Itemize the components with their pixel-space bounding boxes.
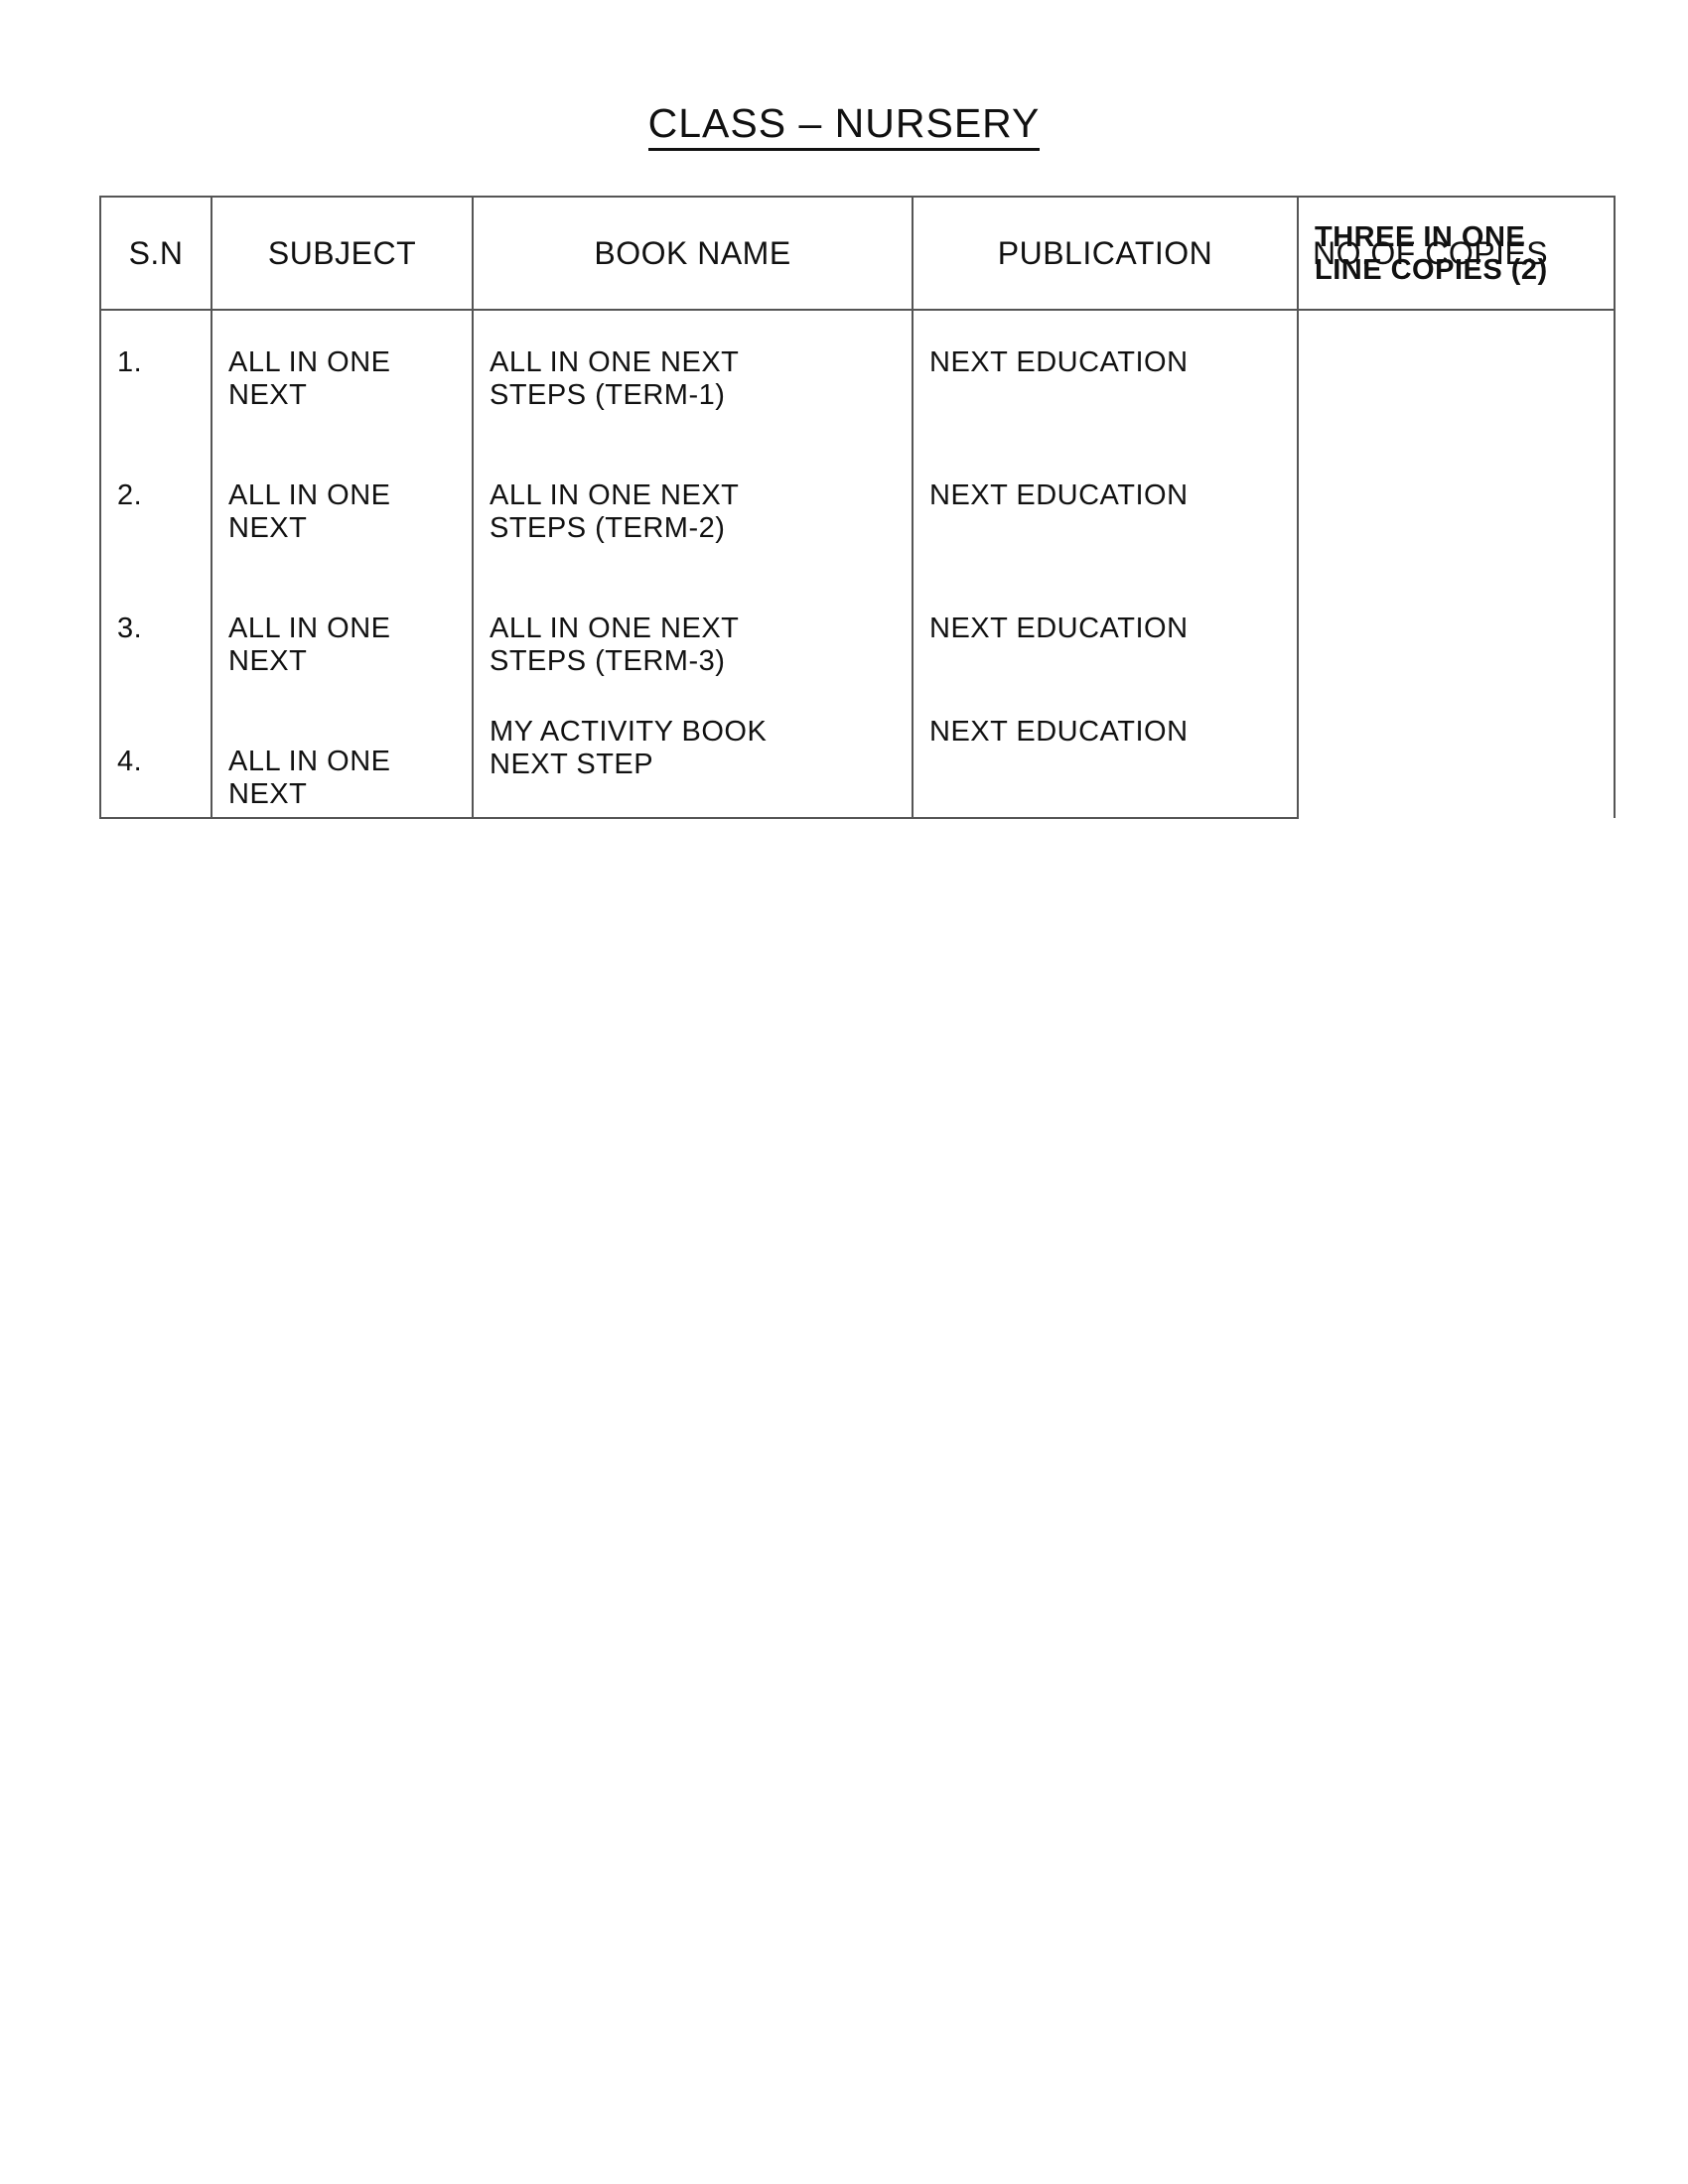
- row-book-name: ALL IN ONE NEXTSTEPS (TERM-1): [490, 311, 912, 444]
- row-sn: 2.: [117, 444, 211, 577]
- table-row: 1. ALL IN ONENEXT ALL IN ONE NEXTSTEPS (…: [100, 310, 1615, 444]
- row-book-name: ALL IN ONE NEXTSTEPS (TERM-2): [490, 444, 912, 577]
- header-sn: S.N: [100, 197, 211, 310]
- header-book-name: BOOK NAME: [473, 197, 913, 310]
- row-publication: NEXT EDUCATION: [929, 710, 1297, 817]
- copies-merged-cell: THREE IN ONELINE COPIES (2): [1298, 310, 1615, 818]
- page-title: CLASS – NURSERY: [0, 99, 1688, 147]
- row-subject: ALL IN ONENEXT: [228, 577, 472, 710]
- row-publication: NEXT EDUCATION: [929, 577, 1297, 710]
- row-book-name: ALL IN ONE NEXTSTEPS (TERM-3): [490, 577, 912, 710]
- row-book-name: MY ACTIVITY BOOKNEXT STEP: [490, 710, 912, 817]
- row-subject: ALL IN ONENEXT: [228, 444, 472, 577]
- row-sn: 1.: [117, 311, 211, 444]
- book-list-table: S.N SUBJECT BOOK NAME PUBLICATION NO.OF …: [99, 196, 1616, 819]
- copies-value: THREE IN ONELINE COPIES (2): [1315, 221, 1614, 287]
- row-subject: ALL IN ONENEXT: [228, 311, 472, 444]
- page-title-text: CLASS – NURSERY: [648, 100, 1041, 151]
- row-sn: 4.: [117, 710, 211, 817]
- row-publication: NEXT EDUCATION: [929, 311, 1297, 444]
- row-subject: ALL IN ONENEXT: [228, 710, 472, 817]
- header-subject: SUBJECT: [211, 197, 473, 310]
- row-sn: 3.: [117, 577, 211, 710]
- row-publication: NEXT EDUCATION: [929, 444, 1297, 577]
- header-publication: PUBLICATION: [913, 197, 1298, 310]
